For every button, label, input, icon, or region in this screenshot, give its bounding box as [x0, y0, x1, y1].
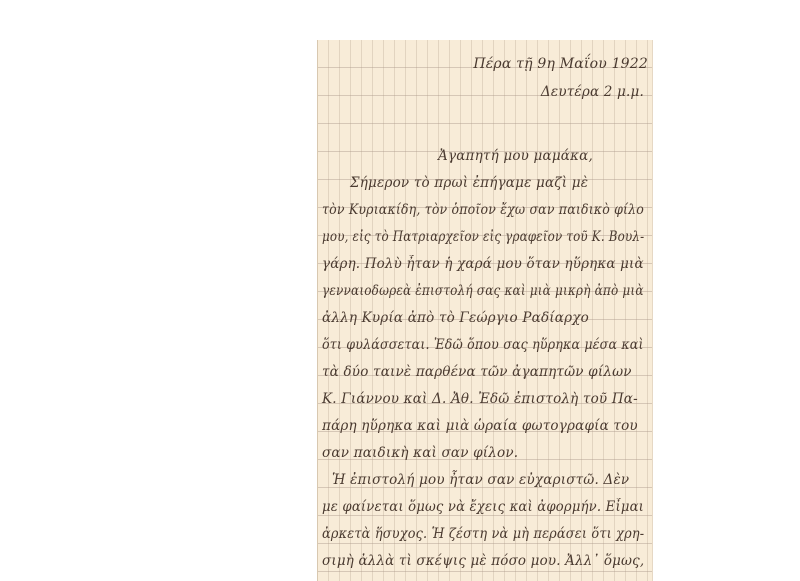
letter-line: Κ. Γιάννου καὶ Δ. Ἀθ. Ἐδῶ ἐπιστολὴ τοῦ Π…: [322, 391, 638, 407]
letter-line: ἀρκετὰ ἥσυχος. Ἡ ζέστη νὰ μὴ περάσει ὅτι…: [322, 526, 644, 542]
letter-day-time: Δευτέρα 2 μ.μ.: [541, 84, 644, 100]
letter-line: ὅτι φυλάσσεται. Ἐδῶ ὅπου σας ηὕρηκα μέσα…: [322, 337, 644, 353]
letter-line: με φαίνεται ὅμως νὰ ἔχεις καὶ ἀφορμήν. Ε…: [322, 499, 644, 515]
letter-page: Πέρα τῇ 9η Μαΐου 1922 Δευτέρα 2 μ.μ. Ἀγα…: [318, 40, 652, 581]
letter-line: ἀλλη Κυρία ἀπὸ τὸ Γεώργιο Ραδίαρχο: [322, 310, 589, 326]
letter-date: Πέρα τῇ 9η Μαΐου 1922: [473, 56, 648, 72]
letter-line: τὸν Κυριακίδη, τὸν ὁποῖον ἔχω σαν παιδικ…: [322, 202, 644, 218]
letter-line: σιμὴ ἀλλὰ τὶ σκέψις μὲ πόσο μου. Ἀλλ᾽ ὅμ…: [322, 553, 644, 569]
letter-line: γενναιοδωρεὰ ἐπιστολή σας καὶ μιὰ μικρὴ …: [322, 283, 644, 299]
letter-line: πάρη ηὕρηκα καὶ μιὰ ὡραία φωτογραφία του: [322, 418, 638, 434]
letter-line: Ἡ ἐπιστολή μου ἦταν σαν εὐχαριστῶ. Δὲν: [332, 472, 629, 488]
letter-line: γάρη. Πολὺ ἦταν ἡ χαρά μου ὅταν ηὕρηκα μ…: [322, 256, 644, 272]
letter-salutation: Ἀγαπητή μου μαμάκα,: [438, 148, 593, 164]
letter-line: τὰ δύο ταινὲ παρθένα τῶν ἀγαπητῶν φίλων: [322, 364, 632, 380]
letter-line: μου, εἰς τὸ Πατριαρχεῖον εἰς γραφεῖον το…: [322, 229, 644, 245]
letter-line: Σήμερον τὸ πρωὶ ἐπήγαμε μαζὶ μὲ: [350, 175, 588, 191]
letter-line: σαν παιδικὴ καὶ σαν φίλον.: [322, 445, 518, 461]
